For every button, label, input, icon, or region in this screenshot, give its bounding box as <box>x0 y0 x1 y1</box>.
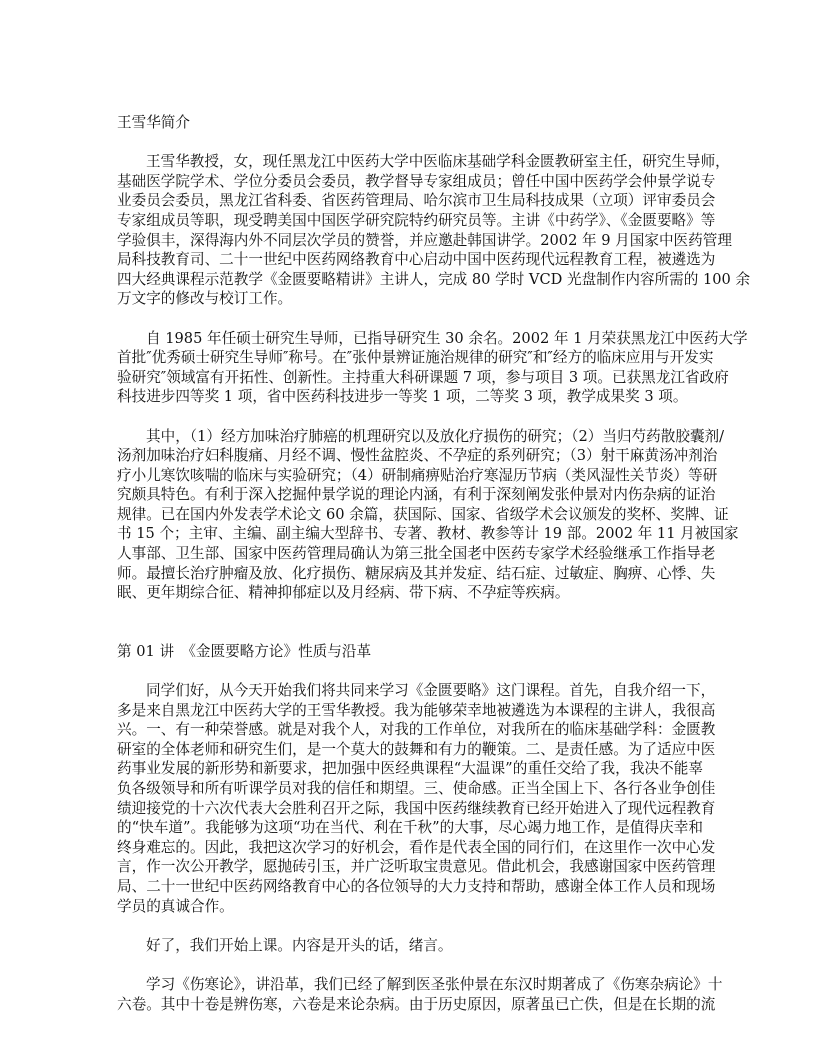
text-line: 言，作一次公开教学，愿抛砖引玉，并广泛听取宝贵意见。借此机会，我感谢国家中医药管… <box>117 857 703 877</box>
text-line: 基础医学院学术、学位分委员会委员，教学督导专家组成员；曾任中国中医药学会仲景学说… <box>117 172 703 192</box>
text-line: 首批″优秀硕士研究生导师″称号。在″张仲景辨证施治规律的研究″和″经方的临床应用… <box>117 348 703 368</box>
text-line: 书 15 个；主审、主编、副主编大型辞书、专著、教材、教参等计 19 部。200… <box>117 524 703 544</box>
text-line: 科技进步四等奖 1 项，省中医药科技进步一等奖 1 项，二等奖 3 项，教学成果… <box>117 387 703 407</box>
text-line: 局科技教育司、二十一世纪中医药网络教育中心启动中国中医药现代远程教育工程，被遴选… <box>117 250 703 270</box>
spacer <box>117 661 703 681</box>
lecture-paragraph-3: 学习《伤寒论》，讲沿革，我们已经了解到医圣张仲景在东汉时期著成了《伤寒杂病论》十… <box>117 975 703 1014</box>
text-line: 兴。一、有一种荣誉感。就是对我个人，对我的工作单位，对我所在的临床基础学科：金匮… <box>117 720 703 740</box>
text-line: 药事业发展的新形势和新要求，把加强中医经典课程“大温课”的重任交给了我，我决不能… <box>117 759 703 779</box>
text-line: 好了，我们开始上课。内容是开头的话，绪言。 <box>117 936 703 956</box>
spacer <box>117 603 703 642</box>
text-line: 学员的真诚合作。 <box>117 897 703 917</box>
document-page: 王雪华简介 王雪华教授，女，现任黑龙江中医药大学中医临床基础学科金匮教研室主任，… <box>117 113 703 1014</box>
text-line: 六卷。其中十卷是辨伤寒，六卷是来论杂病。由于历史原因，原著虽已亡佚，但是在长期的… <box>117 995 703 1015</box>
lecture-section: 第 01 讲 《金匮要略方论》性质与沿革 同学们好，从今天开始我们将共同来学习《… <box>117 642 703 1014</box>
bio-paragraph-3: 其中，（1）经方加味治疗肺癌的机理研究以及放化疗损伤的研究；（2）当归芍药散胶囊… <box>117 427 703 603</box>
text-line: 规律。已在国内外发表学术论文 60 余篇，获国际、国家、省级学术会议颁发的奖杯、… <box>117 505 703 525</box>
text-line: 研室的全体老师和研究生们，是一个莫大的鼓舞和有力的鞭策。二、是责任感。为了适应中… <box>117 740 703 760</box>
spacer <box>117 955 703 975</box>
text-line: 多是来自黑龙江中医药大学的王雪华教授。我为能够荣幸地被遴选为本课程的主讲人，我很… <box>117 701 703 721</box>
text-line: 验研究″领域富有开拓性、创新性。主持重大科研课题 7 项，参与项目 3 项。已获… <box>117 368 703 388</box>
text-line: 学习《伤寒论》，讲沿革，我们已经了解到医圣张仲景在东汉时期著成了《伤寒杂病论》十 <box>117 975 703 995</box>
bio-paragraph-2: 自 1985 年任硕士研究生导师，已指导研究生 30 余名。2002 年 1 月… <box>117 329 703 407</box>
text-line: 师。最擅长治疗肿瘤及放、化疗损伤、糖尿病及其并发症、结石症、过敏症、胸痹、心悸、… <box>117 564 703 584</box>
text-line: 专家组成员等职，现受聘美国中国医学研究院特约研究员等。主讲《中药学》、《金匮要略… <box>117 211 703 231</box>
lecture-title: 第 01 讲 《金匮要略方论》性质与沿革 <box>117 642 703 662</box>
text-line: 业委员会委员，黑龙江省科委、省医药管理局、哈尔滨市卫生局科技成果（立项）评审委员… <box>117 191 703 211</box>
text-line: 终身难忘的。因此，我把这次学习的好机会，看作是代表全国的同行们，在这里作一次中心… <box>117 838 703 858</box>
bio-title: 王雪华简介 <box>117 113 703 133</box>
lecture-paragraph-2: 好了，我们开始上课。内容是开头的话，绪言。 <box>117 936 703 956</box>
spacer <box>117 133 703 153</box>
text-line: 负各级领导和所有听课学员对我的信任和期望。三、使命感。正当全国上下、各行各业争创… <box>117 779 703 799</box>
text-line: 万文字的修改与校订工作。 <box>117 289 703 309</box>
spacer <box>117 407 703 427</box>
spacer <box>117 916 703 936</box>
text-line: 汤剂加味治疗妇科腹痛、月经不调、慢性盆腔炎、不孕症的系列研究；（3）射干麻黄汤冲… <box>117 446 703 466</box>
spacer <box>117 309 703 329</box>
text-line: 自 1985 年任硕士研究生导师，已指导研究生 30 余名。2002 年 1 月… <box>117 329 703 349</box>
bio-section: 王雪华简介 王雪华教授，女，现任黑龙江中医药大学中医临床基础学科金匮教研室主任，… <box>117 113 703 603</box>
text-line: 眠、更年期综合征、精神抑郁症以及月经病、带下病、不孕症等疾病。 <box>117 583 703 603</box>
text-line: 人事部、卫生部、国家中医药管理局确认为第三批全国老中医药专家学术经验继承工作指导… <box>117 544 703 564</box>
text-line: 究颇具特色。有利于深入挖掘仲景学说的理论内涵，有利于深刻阐发张仲景对内伤杂病的证… <box>117 485 703 505</box>
text-line: 局、二十一世纪中医药网络教育中心的各位领导的大力支持和帮助，感谢全体工作人员和现… <box>117 877 703 897</box>
text-line: 同学们好，从今天开始我们将共同来学习《金匮要略》这门课程。首先，自我介绍一下， <box>117 681 703 701</box>
lecture-paragraph-1: 同学们好，从今天开始我们将共同来学习《金匮要略》这门课程。首先，自我介绍一下， … <box>117 681 703 916</box>
text-line: 的“快车道”。我能够为这项“功在当代、利在千秋”的大事，尽心竭力地工作，是值得庆… <box>117 818 703 838</box>
text-line: 疗小儿寒饮咳喘的临床与实验研究；（4）研制痛痹贴治疗寒湿历节病（类风湿性关节炎）… <box>117 466 703 486</box>
text-line: 其中，（1）经方加味治疗肺癌的机理研究以及放化疗损伤的研究；（2）当归芍药散胶囊… <box>117 427 703 447</box>
bio-paragraph-1: 王雪华教授，女，现任黑龙江中医药大学中医临床基础学科金匮教研室主任，研究生导师，… <box>117 152 703 309</box>
text-line: 四大经典课程示范教学《金匮要略精讲》主讲人，完成 80 学时 VCD 光盘制作内… <box>117 270 703 290</box>
text-line: 绩迎接党的十六次代表大会胜利召开之际，我国中医药继续教育已经开始进入了现代远程教… <box>117 799 703 819</box>
text-line: 王雪华教授，女，现任黑龙江中医药大学中医临床基础学科金匮教研室主任，研究生导师， <box>117 152 703 172</box>
text-line: 学验俱丰，深得海内外不同层次学员的赞誉，并应邀赴韩国讲学。2002 年 9 月国… <box>117 231 703 251</box>
